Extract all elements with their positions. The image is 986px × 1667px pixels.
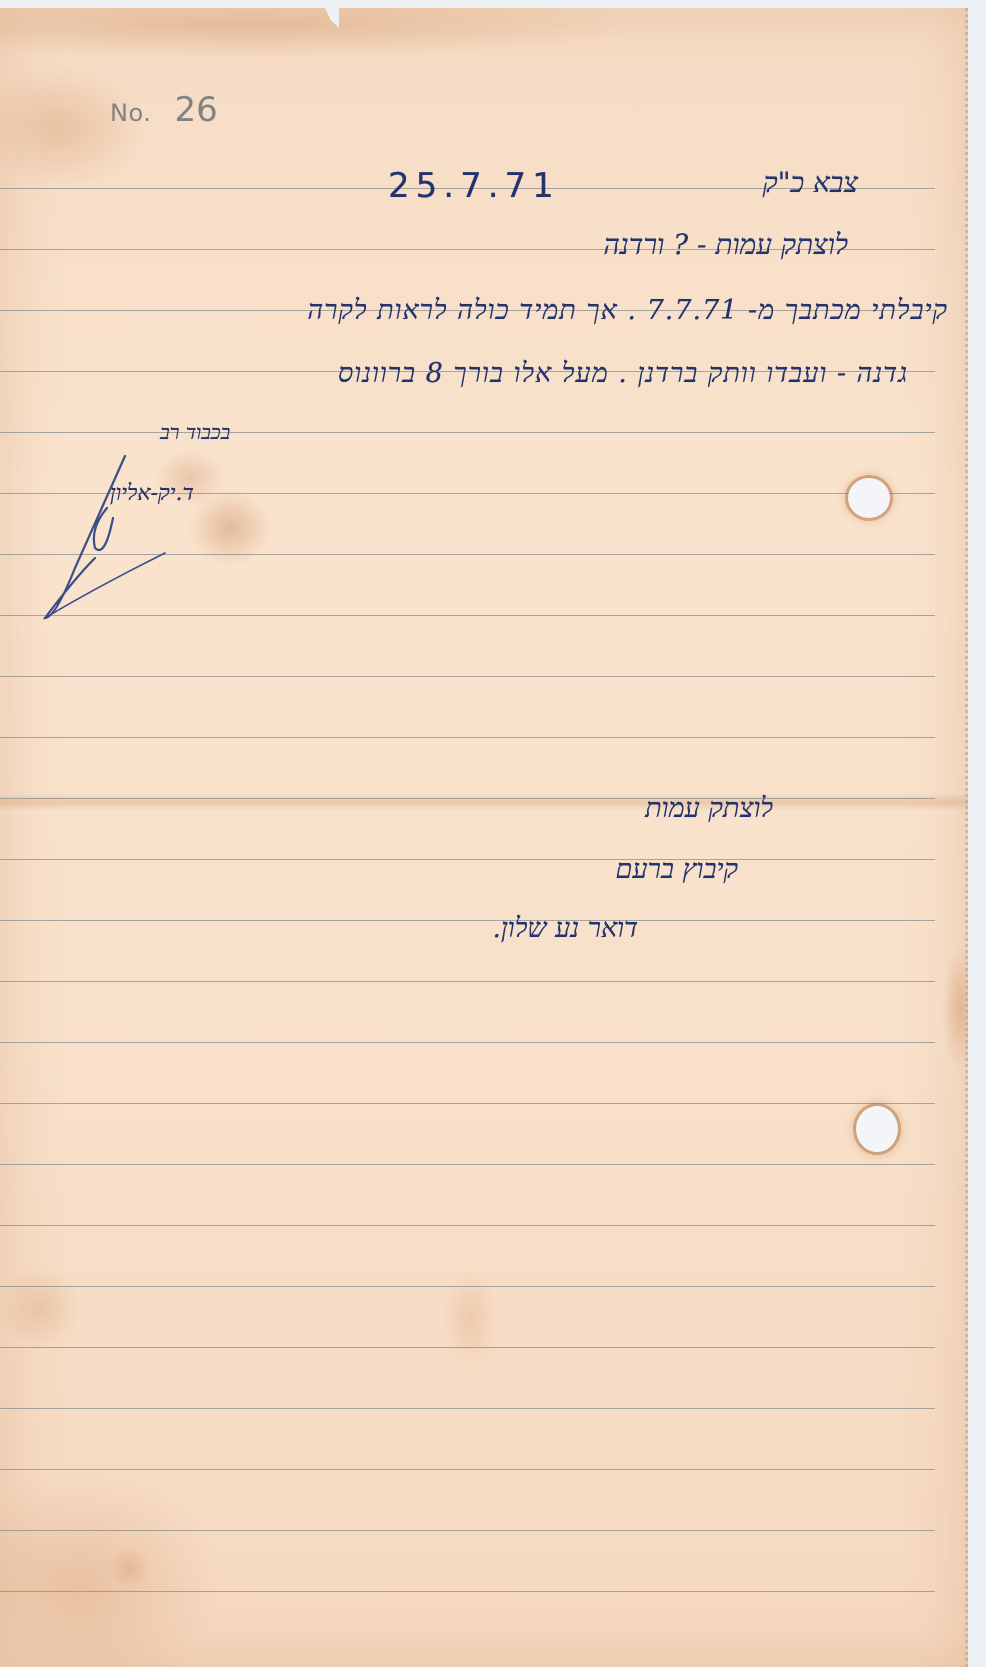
paper-fold-crease [0,793,968,811]
ruled-line [0,920,935,921]
letter-date: 25.7.71 [388,166,560,206]
ruled-line [0,859,935,860]
address-line-3: דואר נע שלון. [492,913,638,944]
punch-hole-bottom [856,1106,898,1152]
ruled-line [0,798,935,799]
ruled-line [0,1225,935,1226]
paper-tear-notch [325,8,339,28]
sheet-number-label: No. 26 [110,90,218,130]
ruled-line [0,432,935,433]
ruled-line [0,676,935,677]
address-line-2: קיבוץ ברעם [615,854,738,885]
letter-closing: בכבוד רב [160,420,230,445]
ruled-line [0,1286,935,1287]
ruled-line [0,981,935,982]
ruled-line [0,737,935,738]
letter-subject: לוצתק עמות - ? ורדנה [603,228,848,262]
ruled-line [0,1042,935,1043]
ruled-line [0,1164,935,1165]
ruled-line [0,1530,935,1531]
address-line-1: לוצתק עמות [645,793,773,824]
ruled-line [0,1103,935,1104]
ruled-line [0,1591,935,1592]
number-prefix: No. [110,99,151,127]
letter-body-line-1: קיבלתי מכתבך מ- 7.7.71 . אך תמיד כולה לר… [307,295,948,326]
number-value: 26 [174,90,217,130]
punch-hole-top [848,478,890,518]
ruled-line [0,1347,935,1348]
paper-sheet: No. 26 צבא כ"ק 25.7.71 לוצתק עמות - ? ור… [0,8,968,1667]
ruled-line [0,1408,935,1409]
letter-body-line-2: גדנה - ועבדו וותק ברדנן . מעל אלו בורך 8… [338,358,908,389]
signature-flourish [35,448,175,628]
ruled-line [0,1469,935,1470]
letter-place: צבא כ"ק [763,166,858,200]
